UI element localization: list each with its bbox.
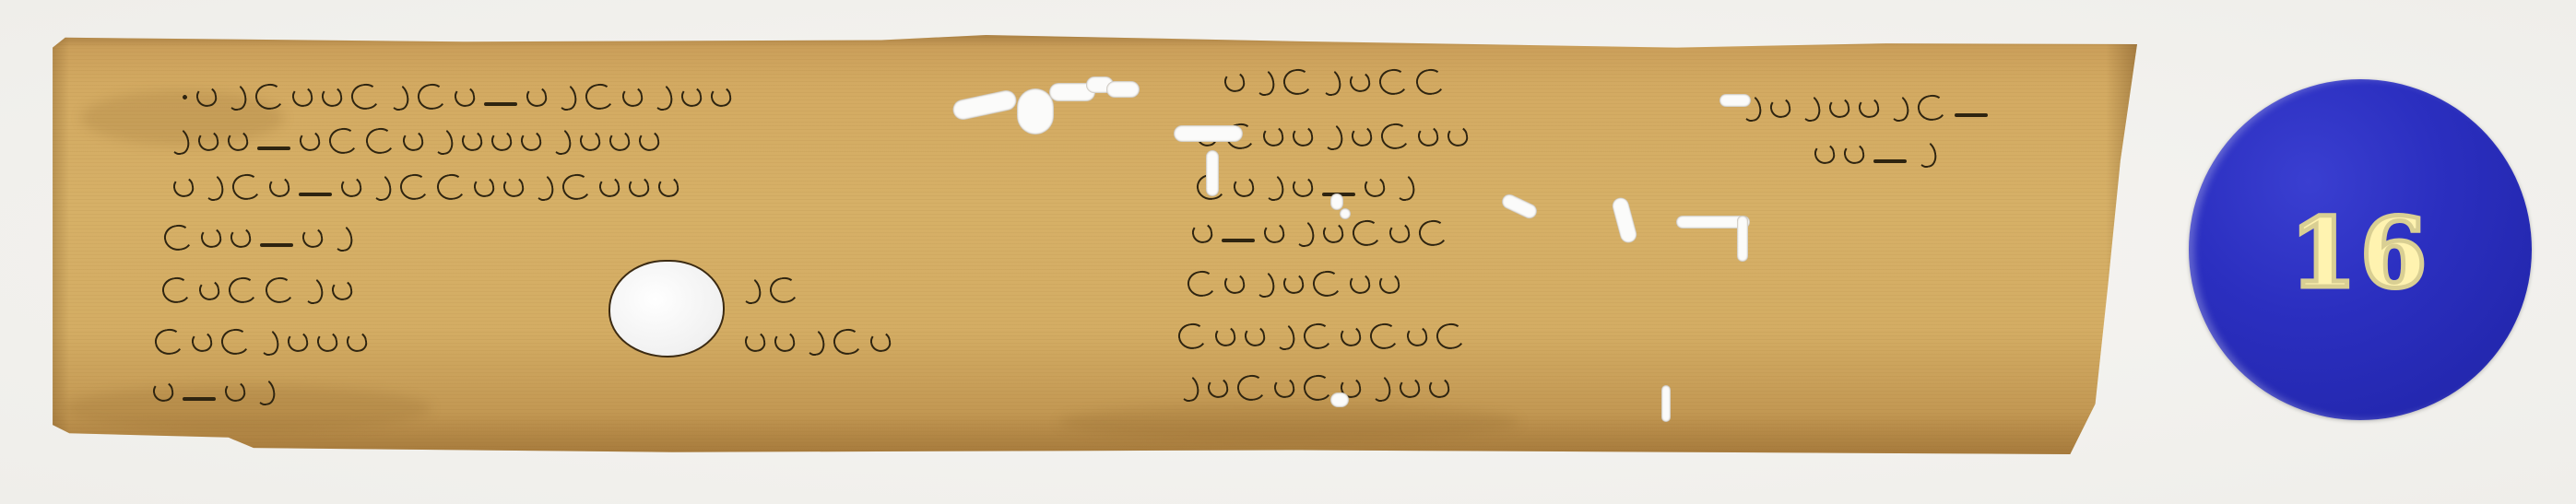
insect-damage bbox=[1017, 88, 1054, 135]
script-line-m7 bbox=[1178, 374, 1449, 402]
script-line-m4 bbox=[1192, 219, 1447, 247]
insect-damage bbox=[1330, 193, 1343, 210]
script-line-4 bbox=[164, 224, 352, 252]
script-line-m6 bbox=[1178, 322, 1464, 350]
stain bbox=[1058, 404, 1519, 440]
insect-damage bbox=[1499, 192, 1539, 220]
script-line-r2 bbox=[1814, 140, 1936, 168]
script-line-r1 bbox=[1741, 94, 1988, 122]
insect-damage bbox=[1737, 216, 1748, 262]
script-line-m5 bbox=[1188, 270, 1400, 298]
insect-damage bbox=[1340, 208, 1351, 219]
insect-damage bbox=[1611, 196, 1638, 245]
insect-damage bbox=[1106, 81, 1140, 98]
script-line-5b bbox=[740, 276, 798, 304]
folio-number: 16 bbox=[2290, 196, 2431, 310]
folio-number-marker: 16 bbox=[2189, 79, 2532, 420]
insect-damage bbox=[951, 88, 1018, 122]
script-line-6b bbox=[745, 328, 891, 356]
insect-damage bbox=[1330, 393, 1349, 407]
script-line-2 bbox=[169, 127, 659, 155]
script-line-m3 bbox=[1197, 173, 1414, 201]
binding-hole bbox=[609, 260, 725, 357]
script-line-1 bbox=[183, 83, 731, 111]
script-line-7 bbox=[153, 378, 275, 405]
script-line-3 bbox=[173, 173, 679, 201]
palm-leaf bbox=[44, 35, 2137, 454]
insect-damage bbox=[1719, 94, 1751, 107]
script-line-5 bbox=[162, 276, 352, 304]
insect-damage bbox=[1174, 125, 1243, 142]
manuscript-scene: 16 bbox=[0, 0, 2576, 504]
script-line-m1 bbox=[1224, 68, 1444, 96]
insect-damage bbox=[1661, 385, 1671, 422]
script-line-6 bbox=[155, 328, 367, 356]
insect-damage bbox=[1206, 150, 1219, 196]
